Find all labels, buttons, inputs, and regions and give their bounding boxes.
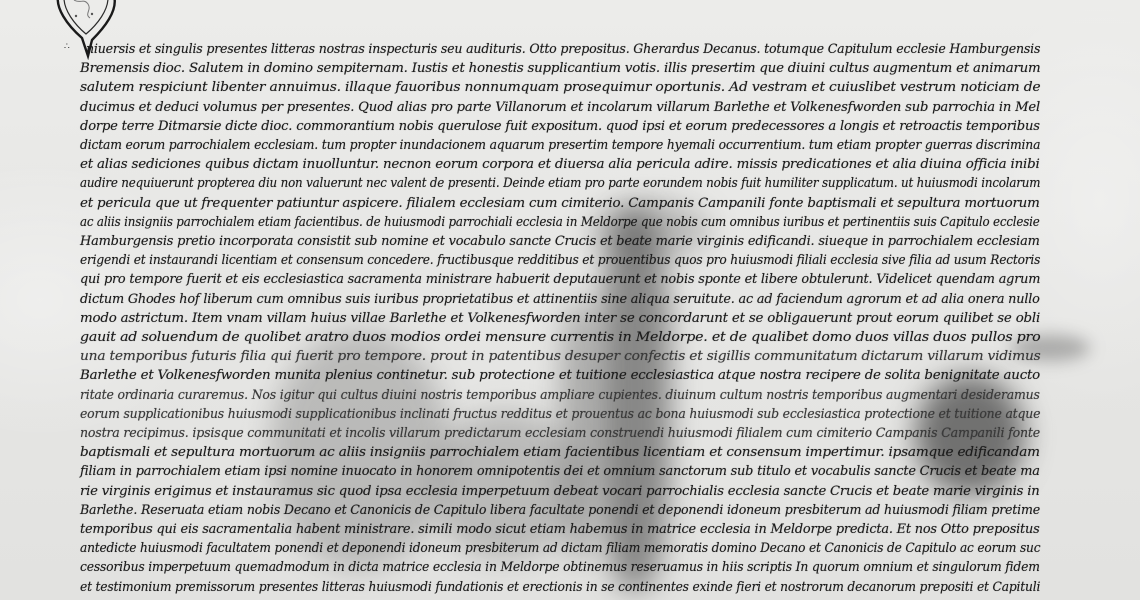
text-line-8: audire nequiuerunt propterea diu non val… (80, 176, 1040, 191)
text-line-22: baptismali et sepultura mortuorum ac ali… (80, 445, 1040, 460)
text-line-1: niuersis et singulis presentes litteras … (86, 42, 1040, 57)
text-line-13: qui pro tempore fuerit et eis ecclesiast… (80, 272, 1040, 287)
text-line-19: ritate ordinaria curaremus. Nos igitur q… (80, 388, 1040, 403)
text-line-9: et pericula que ut frequenter patiuntur … (80, 196, 1040, 211)
text-line-12: erigendi et instaurandi licentiam et con… (80, 253, 1040, 268)
text-line-23: filiam in parrochialem etiam ipsi nomine… (80, 464, 1040, 479)
text-line-28: cessoribus imperpetuum quemadmodum in di… (80, 560, 1040, 575)
text-line-11: Hamburgensis pretio incorporata consisti… (80, 234, 1040, 249)
text-line-2: Bremensis dioc. Salutem in domino sempit… (80, 61, 1040, 76)
paragraph-mark-icon: ∴ (64, 42, 70, 52)
text-line-24: rie virginis erigimus et instauramus sic… (80, 484, 1040, 499)
text-line-5: dorpe terre Ditmarsie dicte dioc. commor… (80, 119, 1040, 134)
text-line-27: antedicte huiusmodi facultatem ponendi e… (80, 541, 1040, 556)
text-line-21: nostra recipimus. ipsisque communitati e… (80, 426, 1040, 441)
text-line-7: et alias sediciones quibus dictam inuoll… (80, 157, 1040, 172)
text-line-20: eorum supplicationibus huiusmodi supplic… (80, 407, 1040, 422)
text-line-25: Barlethe. Reseruata etiam nobis Decano e… (80, 503, 1040, 518)
text-line-15: modo astrictum. Item vnam villam huius v… (80, 311, 1040, 326)
text-line-16: gauit ad soluendum de quolibet aratro du… (80, 330, 1040, 345)
text-line-17: una temporibus futuris filia qui fuerit … (80, 349, 1040, 364)
text-line-14: dictum Ghodes hof liberum cum omnibus su… (80, 292, 1040, 307)
text-line-4: ducimus et deduci volumus per presentes.… (80, 100, 1040, 115)
text-line-26: temporibus qui eis sacramentalia habent … (80, 522, 1040, 537)
text-line-10: ac aliis insigniis parrochialem etiam fa… (80, 215, 1040, 230)
text-line-29: et testimonium premissorum presentes lit… (80, 580, 1040, 595)
text-line-3: salutem respiciunt libenter annuimus. il… (80, 80, 1040, 95)
text-line-18: Barlethe et Volkenesfworden munita pleni… (80, 368, 1040, 383)
text-line-6: dictam eorum parrochialem ecclesiam. tum… (80, 138, 1040, 153)
